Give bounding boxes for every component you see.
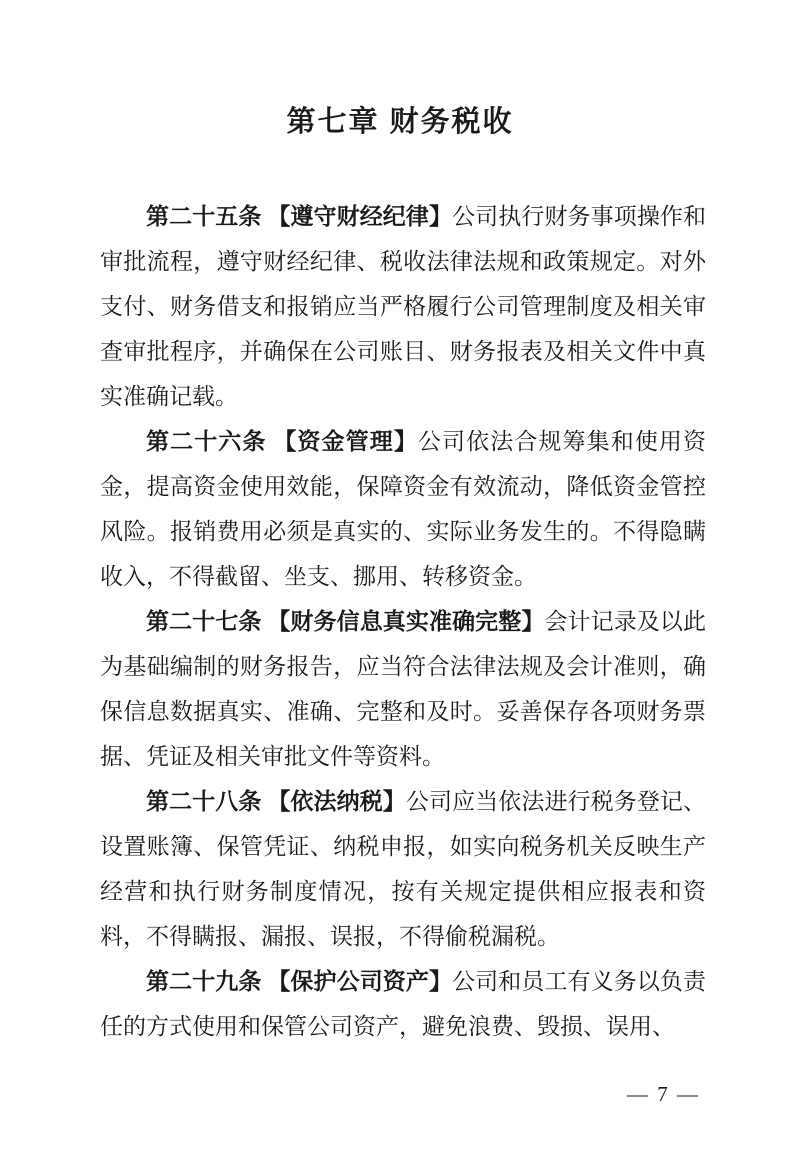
page-footer: — 7 — xyxy=(627,1082,700,1107)
article-26: 第二十六条 【资金管理】公司依法合规筹集和使用资金，提高资金使用效能，保障资金有… xyxy=(100,419,706,599)
article-29-heading: 第二十九条 【保护公司资产】 xyxy=(146,969,452,994)
article-25: 第二十五条 【遵守财经纪律】公司执行财务事项操作和审批流程，遵守财经纪律、税收法… xyxy=(100,194,706,419)
chapter-title: 第七章 财务税收 xyxy=(0,0,800,140)
article-25-heading: 第二十五条 【遵守财经纪律】 xyxy=(146,204,452,229)
article-27: 第二十七条 【财务信息真实准确完整】会计记录及以此为基础编制的财务报告，应当符合… xyxy=(100,599,706,779)
article-29: 第二十九条 【保护公司资产】公司和员工有义务以负责任的方式使用和保管公司资产，避… xyxy=(100,959,706,1049)
article-25-body: 公司执行财务事项操作和审批流程，遵守财经纪律、税收法律法规和政策规定。对外支付、… xyxy=(100,204,706,409)
article-26-heading: 第二十六条 【资金管理】 xyxy=(146,429,418,454)
article-28: 第二十八条 【依法纳税】公司应当依法进行税务登记、设置账簿、保管凭证、纳税申报，… xyxy=(100,779,706,959)
article-27-heading: 第二十七条 【财务信息真实准确完整】 xyxy=(146,609,544,634)
page-number: — 7 — xyxy=(627,1082,700,1106)
document-page: 第七章 财务税收 第二十五条 【遵守财经纪律】公司执行财务事项操作和审批流程，遵… xyxy=(0,0,800,1159)
document-body: 第二十五条 【遵守财经纪律】公司执行财务事项操作和审批流程，遵守财经纪律、税收法… xyxy=(100,194,706,1049)
article-28-heading: 第二十八条 【依法纳税】 xyxy=(146,789,406,814)
